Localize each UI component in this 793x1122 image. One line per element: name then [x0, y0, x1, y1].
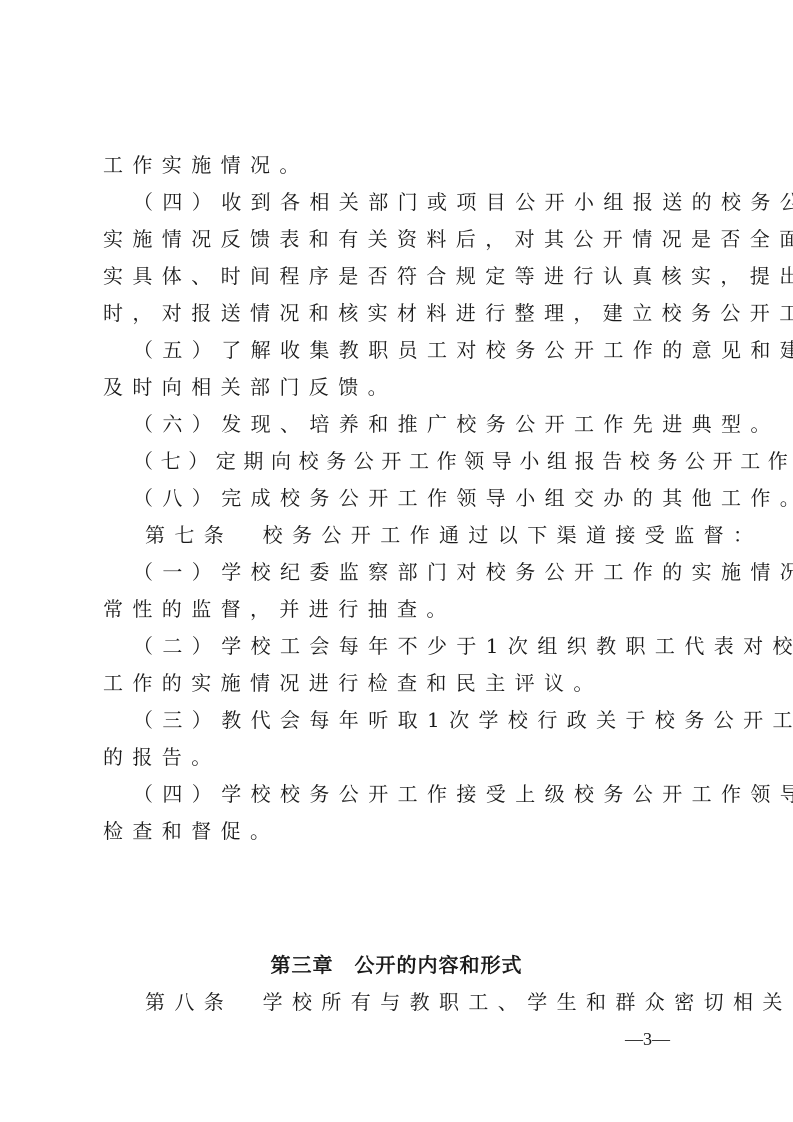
supervision-item-4-line-1: （四）学校校务公开工作接受上级校务公开工作领导小组的 [133, 779, 733, 809]
supervision-item-2-line-2: 工作的实施情况进行检查和民主评议。 [103, 668, 703, 698]
supervision-item-3-line-1: （三）教代会每年听取1次学校行政关于校务公开工作情况 [133, 705, 733, 735]
page-number: —3— [625, 1027, 670, 1051]
list-item-6: （六）发现、培养和推广校务公开工作先进典型。 [133, 409, 733, 439]
paragraph-line: 工作实施情况。 [103, 150, 703, 180]
list-item-4-line-1: （四）收到各相关部门或项目公开小组报送的校务公开工作 [133, 187, 733, 217]
list-item-8: （八）完成校务公开工作领导小组交办的其他工作。 [133, 483, 733, 513]
article-7-heading: 第七条 校务公开工作通过以下渠道接受监督： [145, 520, 745, 550]
supervision-item-4-line-2: 检查和督促。 [103, 816, 703, 846]
supervision-item-2-line-1: （二）学校工会每年不少于1次组织教职工代表对校务公开 [133, 631, 733, 661]
supervision-item-3-line-2: 的报告。 [103, 742, 703, 772]
article-8-line-1: 第八条 学校所有与教职工、学生和群众密切相关的事项， [145, 987, 745, 1017]
list-item-4-line-2: 实施情况反馈表和有关资料后，对其公开情况是否全面客观、真 [103, 224, 703, 254]
chapter-heading: 第三章 公开的内容和形式 [0, 950, 793, 980]
document-page: 工作实施情况。 （四）收到各相关部门或项目公开小组报送的校务公开工作 实施情况反… [0, 0, 793, 1122]
list-item-4-line-3: 实具体、时间程序是否符合规定等进行认真核实，提出意见，同 [103, 261, 703, 291]
list-item-4-line-4: 时，对报送情况和核实材料进行整理，建立校务公开工作档案。 [103, 298, 703, 328]
list-item-7: （七）定期向校务公开工作领导小组报告校务公开工作情况。 [133, 446, 733, 476]
supervision-item-1-line-1: （一）学校纪委监察部门对校务公开工作的实施情况进行经 [133, 557, 733, 587]
supervision-item-1-line-2: 常性的监督，并进行抽查。 [103, 594, 703, 624]
list-item-5-line-1: （五）了解收集教职员工对校务公开工作的意见和建议，并 [133, 335, 733, 365]
list-item-5-line-2: 及时向相关部门反馈。 [103, 372, 703, 402]
